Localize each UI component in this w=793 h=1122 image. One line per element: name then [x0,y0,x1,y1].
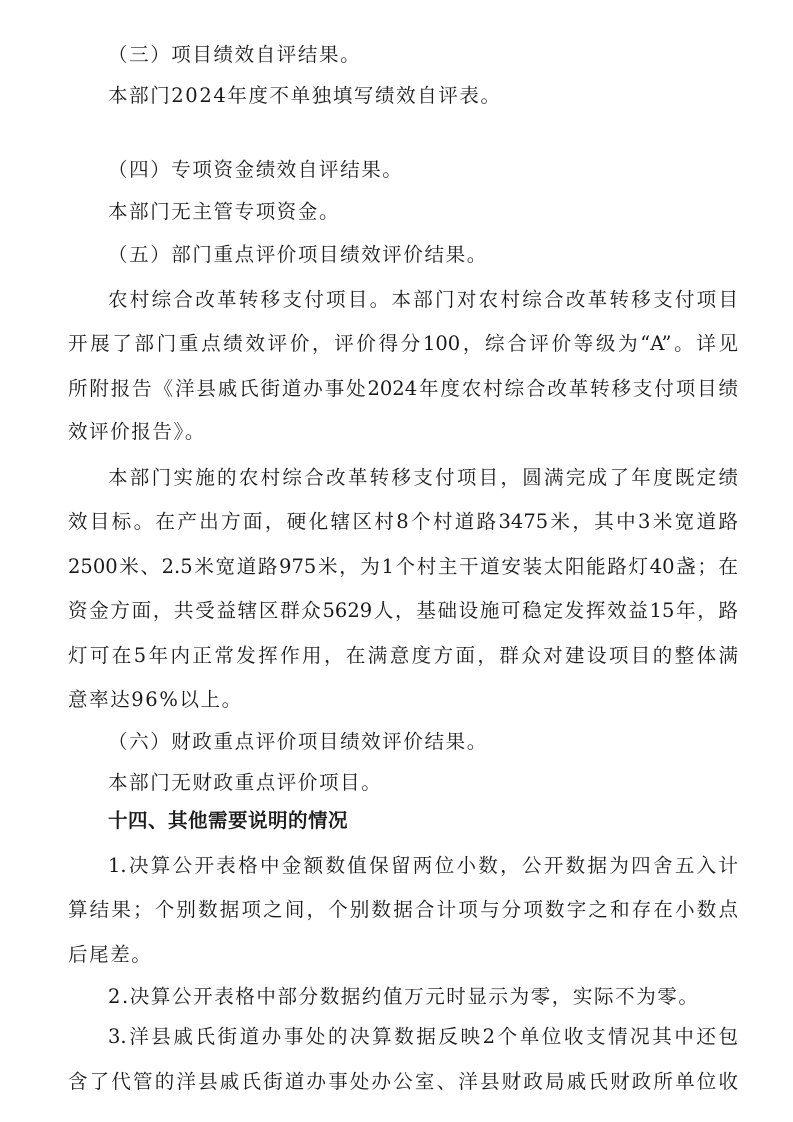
subheading-department-key-evaluation: （五）部门重点评价项目绩效评价结果。 [108,238,778,272]
paragraph-performance-line-2: 效目标。在产出方面，硬化辖区村8个村道路3475米，其中3米宽道路 [68,505,738,539]
paragraph-performance-line-6: 意率达96%以上。 [68,683,738,717]
paragraph-performance-line-3: 2500米、2.5米宽道路975米，为1个村主干道安装太阳能路灯40盏；在 [68,550,738,584]
paragraph-rural-reform-line-3: 所附报告《洋县戚氏街道办事处2024年度农村综合改革转移支付项目绩 [68,372,738,406]
subheading-special-fund-self-evaluation: （四）专项资金绩效自评结果。 [108,153,778,187]
paragraph-no-fiscal-key-projects: 本部门无财政重点评价项目。 [108,766,778,800]
note-3-line-1: 3.洋县戚氏街道办事处的决算数据反映2个单位收支情况其中还包 [108,1020,738,1054]
paragraph-no-special-funds: 本部门无主管专项资金。 [108,195,778,229]
paragraph-rural-reform-line-2: 开展了部门重点绩效评价，评价得分100，综合评价等级为“A”。详见 [68,327,738,361]
paragraph-rural-reform-line-1: 农村综合改革转移支付项目。本部门对农村综合改革转移支付项目 [108,283,738,317]
note-2: 2.决算公开表格中部分数据约值万元时显示为零，实际不为零。 [108,980,778,1014]
paragraph-performance-line-1: 本部门实施的农村综合改革转移支付项目，圆满完成了年度既定绩 [108,461,738,495]
note-3-line-2: 含了代管的洋县戚氏街道办事处办公室、洋县财政局戚氏财政所单位收 [68,1065,738,1099]
paragraph-rural-reform-line-4: 效评价报告》。 [68,415,738,449]
paragraph-performance-line-5: 灯可在5年内正常发挥作用，在满意度方面，群众对建设项目的整体满 [68,639,738,673]
note-1-line-2: 算结果；个别数据项之间，个别数据合计项与分项数字之和存在小数点 [68,893,738,927]
document-page: （三）项目绩效自评结果。 本部门2024年度不单独填写绩效自评表。 （四）专项资… [0,0,793,1122]
paragraph-no-self-evaluation-form: 本部门2024年度不单独填写绩效自评表。 [108,79,778,113]
note-1-line-3: 后尾差。 [68,938,738,972]
subheading-project-self-evaluation: （三）项目绩效自评结果。 [108,38,778,72]
section-heading-other-notes: 十四、其他需要说明的情况 [108,804,778,838]
subheading-fiscal-key-evaluation: （六）财政重点评价项目绩效评价结果。 [108,725,778,759]
note-1-line-1: 1.决算公开表格中金额数值保留两位小数，公开数据为四舍五入计 [108,849,738,883]
paragraph-performance-line-4: 资金方面，共受益辖区群众5629人，基础设施可稳定发挥效益15年，路 [68,594,738,628]
